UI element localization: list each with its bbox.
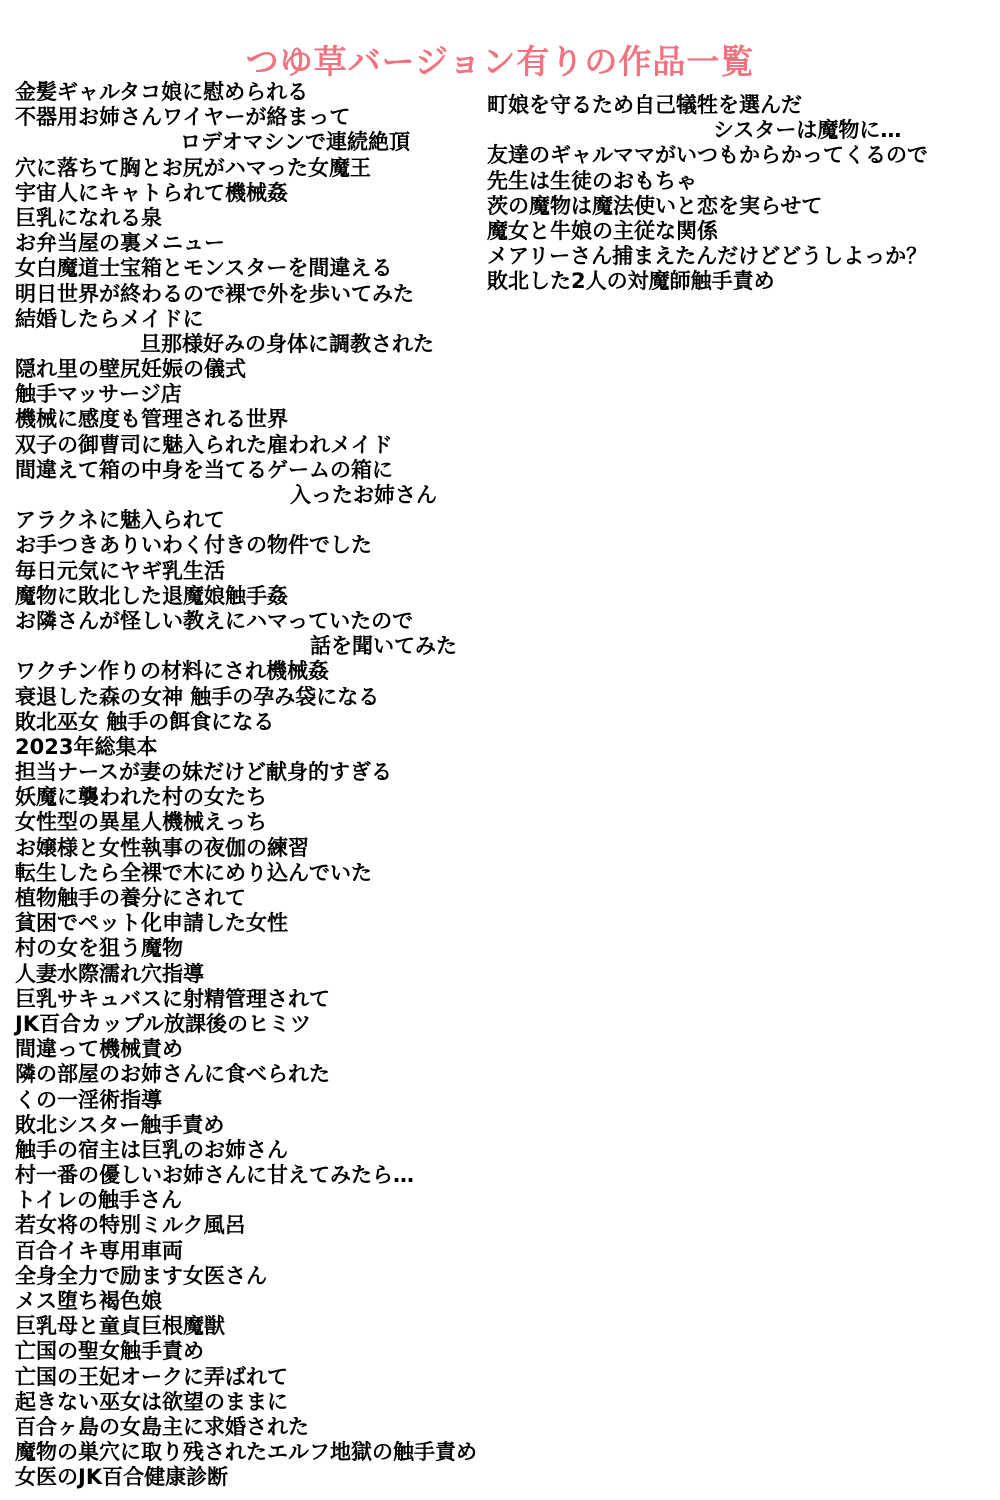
work-title-line: 隣の部屋のお姉さんに食べられた	[15, 1062, 477, 1087]
work-title-line: 担当ナースが妻の妹だけど献身的すぎる	[15, 760, 477, 785]
work-title-line: 亡国の王妃オークに弄ばれて	[15, 1365, 477, 1390]
work-title-line: 全身全力で励ます女医さん	[15, 1264, 477, 1289]
work-title-line: 双子の御曹司に魅入られた雇われメイド	[15, 433, 477, 458]
work-title-line: 妖魔に襲われた村の女たち	[15, 785, 477, 810]
work-title-line: 明日世界が終わるので裸で外を歩いてみた	[15, 282, 477, 307]
work-title-line: 百合イキ専用車両	[15, 1239, 477, 1264]
work-title-line: 金髪ギャルタコ娘に慰められる	[15, 80, 477, 105]
work-title-line: 転生したら全裸で木にめり込んでいた	[15, 861, 477, 886]
work-title-line: 若女将の特別ミルク風呂	[15, 1213, 477, 1238]
work-title-line: 穴に落ちて胸とお尻がハマった女魔王	[15, 156, 477, 181]
work-title-line: JK百合カップル放課後のヒミツ	[15, 1012, 477, 1037]
work-title-line: 結婚したらメイドに	[15, 307, 477, 332]
work-title-line: くの一淫術指導	[15, 1088, 477, 1113]
work-title-line: 魔物に敗北した退魔娘触手姦	[15, 584, 477, 609]
work-title-line: 巨乳サキュバスに射精管理されて	[15, 987, 477, 1012]
work-title-line: 間違って機械責め	[15, 1037, 477, 1062]
works-list-left-column: 金髪ギャルタコ娘に慰められる不器用お姉さんワイヤーが絡まってロデオマシンで連続絶…	[15, 80, 477, 1491]
work-title-line: 間違えて箱の中身を当てるゲームの箱に	[15, 458, 477, 483]
work-title-line: 触手マッサージ店	[15, 382, 477, 407]
work-title-line: メス堕ち褐色娘	[15, 1289, 477, 1314]
work-title-line: 衰退した森の女神 触手の孕み袋になる	[15, 685, 477, 710]
work-title-line: 植物触手の養分にされて	[15, 886, 477, 911]
work-title-line: 亡国の聖女触手責め	[15, 1339, 477, 1364]
work-title-line: メアリーさん捕まえたんだけどどうしよっか？	[487, 244, 928, 269]
work-title-line: 起きない巫女は欲望のままに	[15, 1390, 477, 1415]
work-title-line: 触手の宿主は巨乳のお姉さん	[15, 1138, 477, 1163]
work-title-line: 百合ヶ島の女島主に求婚された	[15, 1415, 477, 1440]
work-title-line: シスターは魔物に…	[487, 118, 928, 143]
work-title-line: 人妻水際濡れ穴指導	[15, 962, 477, 987]
work-title-line: お手つきありいわく付きの物件でした	[15, 533, 477, 558]
work-title-line: 女医のJK百合健康診断	[15, 1465, 477, 1490]
work-title-line: 巨乳母と童貞巨根魔獣	[15, 1314, 477, 1339]
page-title: つゆ草バージョン有りの作品一覧	[0, 36, 1000, 83]
work-title-line: 話を聞いてみた	[15, 634, 477, 659]
work-title-line: 入ったお姉さん	[15, 483, 477, 508]
work-title-line: 旦那様好みの身体に調教された	[15, 332, 477, 357]
work-title-line: 機械に感度も管理される世界	[15, 407, 477, 432]
work-title-line: 毎日元気にヤギ乳生活	[15, 559, 477, 584]
work-title-line: 巨乳になれる泉	[15, 206, 477, 231]
work-title-line: 茨の魔物は魔法使いと恋を実らせて	[487, 194, 928, 219]
work-title-line: ロデオマシンで連続絶頂	[15, 130, 477, 155]
work-title-line: 町娘を守るため自己犠牲を選んだ	[487, 93, 928, 118]
work-title-line: 女白魔道士宝箱とモンスターを間違える	[15, 256, 477, 281]
work-title-line: お嬢様と女性執事の夜伽の練習	[15, 836, 477, 861]
work-title-line: トイレの触手さん	[15, 1188, 477, 1213]
works-list-right-column: 町娘を守るため自己犠牲を選んだシスターは魔物に…友達のギャルママがいつもからかっ…	[487, 93, 928, 295]
work-title-line: 隠れ里の壁尻妊娠の儀式	[15, 357, 477, 382]
work-title-line: お弁当屋の裏メニュー	[15, 231, 477, 256]
work-title-line: 2023年総集本	[15, 735, 477, 760]
work-title-line: 村一番の優しいお姉さんに甘えてみたら…	[15, 1163, 477, 1188]
work-title-line: 魔物の巣穴に取り残されたエルフ地獄の触手責め	[15, 1440, 477, 1465]
work-title-line: 女性型の異星人機械えっち	[15, 810, 477, 835]
work-title-line: 宇宙人にキャトられて機械姦	[15, 181, 477, 206]
work-title-line: 貧困でペット化申請した女性	[15, 911, 477, 936]
work-title-line: お隣さんが怪しい教えにハマっていたので	[15, 609, 477, 634]
work-title-line: 敗北シスター触手責め	[15, 1113, 477, 1138]
work-title-line: ワクチン作りの材料にされ機械姦	[15, 659, 477, 684]
work-title-line: 先生は生徒のおもちゃ	[487, 169, 928, 194]
work-title-line: 魔女と牛娘の主従な関係	[487, 219, 928, 244]
work-title-line: 村の女を狙う魔物	[15, 936, 477, 961]
work-title-line: 敗北巫女 触手の餌食になる	[15, 710, 477, 735]
work-title-line: 不器用お姉さんワイヤーが絡まって	[15, 105, 477, 130]
work-title-line: 友達のギャルママがいつもからかってくるので	[487, 143, 928, 168]
work-title-line: 敗北した2人の対魔師触手責め	[487, 269, 928, 294]
work-title-line: アラクネに魅入られて	[15, 508, 477, 533]
